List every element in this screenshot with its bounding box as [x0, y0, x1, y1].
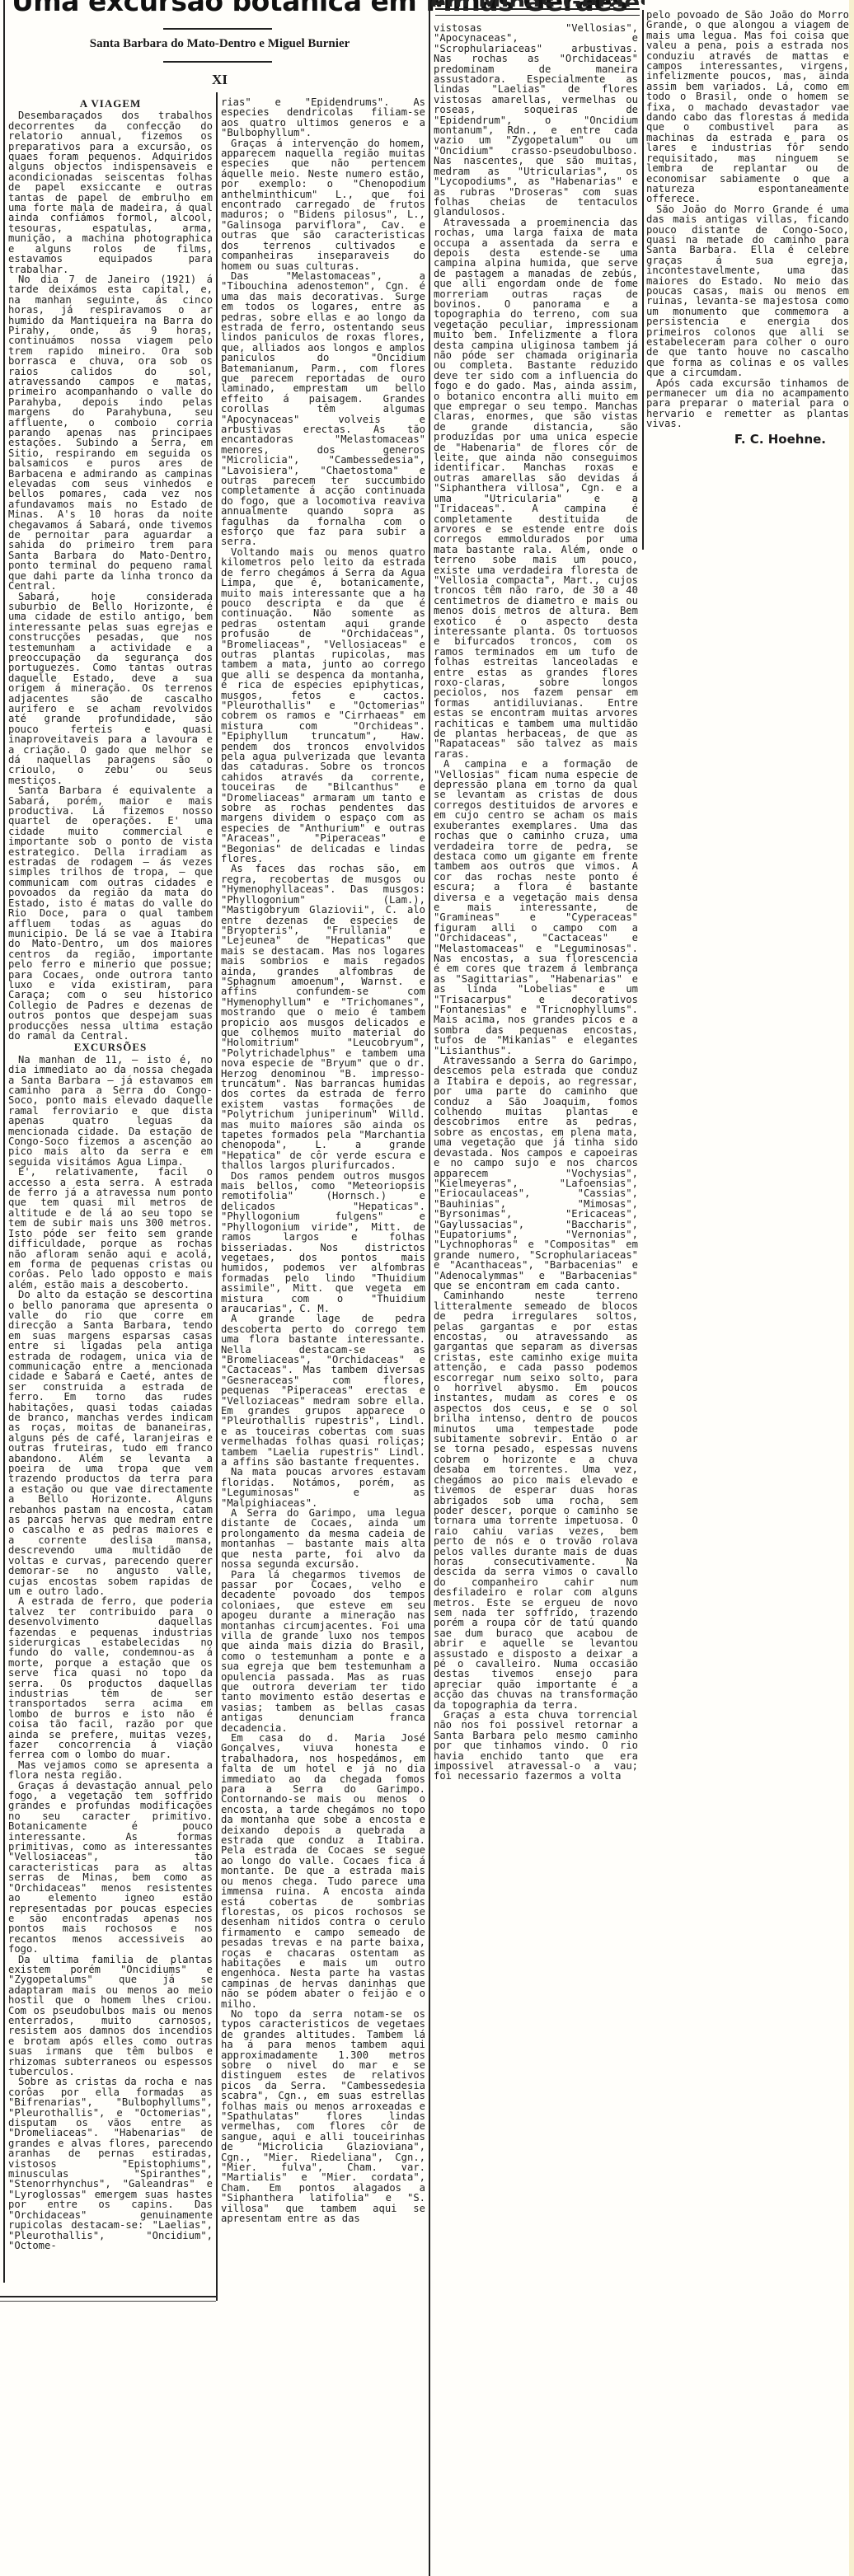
- part-numeral: XI: [12, 72, 428, 88]
- divider-rule: [163, 61, 272, 63]
- headline-continuation: em Minas Geraes: [430, 0, 645, 7]
- article-paragraph: A campina e a formação de "Vellosias" fi…: [434, 759, 638, 1056]
- article-paragraph: Das "Melastomaceas", a "Tibouchina adeno…: [221, 271, 425, 547]
- article-paragraph: Santa Barbara é equivalente a Sabará, po…: [8, 785, 213, 1041]
- article-paragraph: rias" e "Epidendrums". As especies dendr…: [221, 97, 425, 138]
- article-paragraph: A Serra do Garimpo, uma legua distante d…: [221, 1508, 425, 1569]
- article-paragraph: pelo povoado de São João do Morro Grande…: [646, 10, 849, 204]
- page-right-edge: [849, 0, 854, 2576]
- article-paragraph: A grande lage de pedra descoberta perto …: [221, 1314, 425, 1467]
- article-paragraph: Caminhando neste terreno litteralmente s…: [434, 1290, 638, 1710]
- section-heading: EXCURSÕES: [8, 1042, 213, 1052]
- article-end-rule: [0, 2296, 216, 2302]
- author-signature: F. C. Hoehne.: [646, 434, 826, 444]
- article-paragraph: vistosas "Vellosias", "Apocynaceas", e "…: [434, 23, 638, 218]
- article-paragraph: Sabará, hoje considerada suburbio de Bel…: [8, 592, 213, 786]
- article-paragraph: Desembaraçados dos trabalhos decorrentes…: [8, 110, 213, 274]
- article-paragraph: São João do Morro Grande é uma das mais …: [646, 204, 849, 378]
- article-paragraph: No dia 7 de Janeiro (1921) á tarde deixá…: [8, 274, 213, 592]
- text-column-1: A VIAGEMDesembaraçados dos trabalhos dec…: [8, 97, 213, 2293]
- newspaper-page: Uma excursão botanica em Minas Geraes em…: [0, 0, 854, 2576]
- article-paragraph: A estrada de ferro, que poderia talvez t…: [8, 1596, 213, 1760]
- headline-rule: [435, 8, 640, 16]
- article-paragraph: Atravessada a proeminencia das rochas, u…: [434, 218, 638, 760]
- text-column-4: pelo povoado de São João do Morro Grande…: [646, 10, 849, 199]
- article-paragraph: Do alto da estação se descortina o bello…: [8, 1290, 213, 1596]
- article-paragraph: Voltando mais ou menos quatro kilometros…: [221, 547, 425, 864]
- article-paragraph: Para lá chegarmos tivemos de passar por …: [221, 1570, 425, 1734]
- article-paragraph: Atravessando a Serra do Garimpo, descemo…: [434, 1056, 638, 1290]
- article-paragraph: Da ultima familia de plantas existem por…: [8, 1955, 213, 2077]
- article-paragraph: Após cada excursão tinhamos de permanece…: [646, 378, 849, 429]
- article-paragraph: Dos ramos pendem outros musgos mais bell…: [221, 1171, 425, 1314]
- column-divider: [429, 0, 430, 2576]
- column-divider: [216, 92, 218, 2301]
- text-column-2: rias" e "Epidendrums". As especies dendr…: [221, 97, 425, 2293]
- article-paragraph: Em casa do d. Maria José Gonçalves, viuv…: [221, 1733, 425, 2009]
- article-subheadline: Santa Barbara do Mato-Dentro e Miguel Bu…: [12, 37, 428, 51]
- article-paragraph: Sobre as cristas da rocha e nas corôas p…: [8, 2077, 213, 2250]
- text-column-3: vistosas "Vellosias", "Apocynaceas", e "…: [434, 23, 638, 2576]
- column-divider: [642, 10, 644, 550]
- article-paragraph: Na manhan de 11, — isto é, no dia immedi…: [8, 1055, 213, 1167]
- article-paragraph: E', relativamente, facil o accesso a est…: [8, 1167, 213, 1290]
- article-paragraph: As faces das rochas são, em regra, recob…: [221, 864, 425, 1170]
- article-paragraph: Mas vejamos como se apresenta a flora ne…: [8, 1760, 213, 1781]
- article-paragraph: Graças á intervenção do homem, apparecem…: [221, 138, 425, 271]
- article-paragraph: Graças á devastação annual pelo fogo, a …: [8, 1781, 213, 1955]
- article-paragraph: No topo da serra notam-se os typos carac…: [221, 2009, 425, 2224]
- article-paragraph: Graças a esta chuva torrencial não nos f…: [434, 1710, 638, 1782]
- article-paragraph: Na mata poucas arvores estavam floridas.…: [221, 1467, 425, 1508]
- article-headline: Uma excursão botanica em Minas Geraes: [12, 0, 428, 17]
- section-heading: A VIAGEM: [8, 99, 213, 109]
- page-left-border: [3, 0, 5, 2283]
- divider-rule: [163, 28, 272, 30]
